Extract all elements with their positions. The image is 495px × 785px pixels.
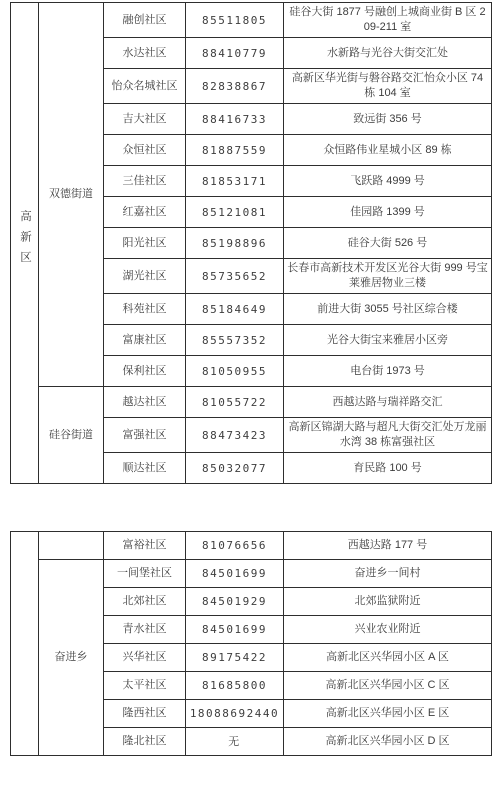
address-cell: 西越达路与瑞祥路交汇 bbox=[284, 387, 492, 418]
district-cell: 高新区 bbox=[11, 3, 39, 484]
phone-cell: 18088692440 bbox=[186, 700, 284, 728]
community-cell: 湖光社区 bbox=[104, 259, 186, 294]
address-cell: 高新北区兴华园小区 C 区 bbox=[284, 672, 492, 700]
address-cell: 硅谷大街 1877 号融创上城商业街 B 区 209-211 室 bbox=[284, 3, 492, 38]
phone-cell: 85557352 bbox=[186, 325, 284, 356]
phone-cell: 82838867 bbox=[186, 69, 284, 104]
phone-cell: 无 bbox=[186, 728, 284, 756]
phone-cell: 81887559 bbox=[186, 135, 284, 166]
phone-cell: 85198896 bbox=[186, 228, 284, 259]
community-contact-table-top: 高新区 双德街道 融创社区 85511805 硅谷大街 1877 号融创上城商业… bbox=[10, 2, 492, 484]
community-cell: 富强社区 bbox=[104, 418, 186, 453]
community-cell: 富裕社区 bbox=[104, 532, 186, 560]
phone-cell: 81050955 bbox=[186, 356, 284, 387]
phone-cell: 85511805 bbox=[186, 3, 284, 38]
phone-cell: 84501699 bbox=[186, 560, 284, 588]
community-cell: 顺达社区 bbox=[104, 453, 186, 484]
address-cell: 前进大街 3055 号社区综合楼 bbox=[284, 294, 492, 325]
street-cell: 奋进乡 bbox=[39, 560, 104, 756]
phone-cell: 84501929 bbox=[186, 588, 284, 616]
community-cell: 阳光社区 bbox=[104, 228, 186, 259]
community-cell: 怡众名城社区 bbox=[104, 69, 186, 104]
community-cell: 融创社区 bbox=[104, 3, 186, 38]
table-row: 硅谷街道 越达社区 81055722 西越达路与瑞祥路交汇 bbox=[11, 387, 492, 418]
phone-cell: 85121081 bbox=[186, 197, 284, 228]
phone-cell: 85032077 bbox=[186, 453, 284, 484]
address-cell: 长春市高新技术开发区光谷大街 999 号宝莱雅居物业三楼 bbox=[284, 259, 492, 294]
address-cell: 佳园路 1399 号 bbox=[284, 197, 492, 228]
phone-cell: 85184649 bbox=[186, 294, 284, 325]
phone-cell: 88410779 bbox=[186, 38, 284, 69]
street-cell: 双德街道 bbox=[39, 3, 104, 387]
community-cell: 水达社区 bbox=[104, 38, 186, 69]
address-cell: 高新北区兴华园小区 E 区 bbox=[284, 700, 492, 728]
street-cell-empty bbox=[39, 532, 104, 560]
page-break-gap bbox=[10, 484, 495, 531]
address-cell: 奋进乡一间村 bbox=[284, 560, 492, 588]
community-cell: 隆西社区 bbox=[104, 700, 186, 728]
community-cell: 众恒社区 bbox=[104, 135, 186, 166]
address-cell: 电台街 1973 号 bbox=[284, 356, 492, 387]
address-cell: 致远街 356 号 bbox=[284, 104, 492, 135]
community-cell: 隆北社区 bbox=[104, 728, 186, 756]
address-cell: 兴业农业附近 bbox=[284, 616, 492, 644]
phone-cell: 88473423 bbox=[186, 418, 284, 453]
address-cell: 飞跃路 4999 号 bbox=[284, 166, 492, 197]
page: 高新区 双德街道 融创社区 85511805 硅谷大街 1877 号融创上城商业… bbox=[0, 0, 495, 756]
address-cell: 众恒路伟业星城小区 89 栋 bbox=[284, 135, 492, 166]
community-cell: 吉大社区 bbox=[104, 104, 186, 135]
address-cell: 高新区华光街与磐谷路交汇怡众小区 74 栋 104 室 bbox=[284, 69, 492, 104]
address-cell: 西越达路 177 号 bbox=[284, 532, 492, 560]
street-cell: 硅谷街道 bbox=[39, 387, 104, 484]
community-cell: 富康社区 bbox=[104, 325, 186, 356]
community-cell: 青水社区 bbox=[104, 616, 186, 644]
address-cell: 育民路 100 号 bbox=[284, 453, 492, 484]
community-cell: 北郊社区 bbox=[104, 588, 186, 616]
community-cell: 一间堡社区 bbox=[104, 560, 186, 588]
community-cell: 科苑社区 bbox=[104, 294, 186, 325]
address-cell: 高新区锦湖大路与超凡大街交汇处万龙丽水湾 38 栋富强社区 bbox=[284, 418, 492, 453]
community-cell: 兴华社区 bbox=[104, 644, 186, 672]
phone-cell: 84501699 bbox=[186, 616, 284, 644]
phone-cell: 81055722 bbox=[186, 387, 284, 418]
community-cell: 红嘉社区 bbox=[104, 197, 186, 228]
phone-cell: 81685800 bbox=[186, 672, 284, 700]
address-cell: 水新路与光谷大街交汇处 bbox=[284, 38, 492, 69]
address-cell: 硅谷大街 526 号 bbox=[284, 228, 492, 259]
phone-cell: 89175422 bbox=[186, 644, 284, 672]
phone-cell: 81853171 bbox=[186, 166, 284, 197]
phone-cell: 85735652 bbox=[186, 259, 284, 294]
district-cell-empty bbox=[11, 532, 39, 756]
table-row: 高新区 双德街道 融创社区 85511805 硅谷大街 1877 号融创上城商业… bbox=[11, 3, 492, 38]
district-label: 高新区 bbox=[17, 210, 32, 272]
community-cell: 越达社区 bbox=[104, 387, 186, 418]
community-cell: 保利社区 bbox=[104, 356, 186, 387]
community-cell: 太平社区 bbox=[104, 672, 186, 700]
address-cell: 高新北区兴华园小区 D 区 bbox=[284, 728, 492, 756]
address-cell: 北郊监狱附近 bbox=[284, 588, 492, 616]
phone-cell: 88416733 bbox=[186, 104, 284, 135]
table-row: 富裕社区 81076656 西越达路 177 号 bbox=[11, 532, 492, 560]
address-cell: 光谷大街宝来雅居小区旁 bbox=[284, 325, 492, 356]
table-row: 奋进乡 一间堡社区 84501699 奋进乡一间村 bbox=[11, 560, 492, 588]
phone-cell: 81076656 bbox=[186, 532, 284, 560]
community-cell: 三佳社区 bbox=[104, 166, 186, 197]
address-cell: 高新北区兴华园小区 A 区 bbox=[284, 644, 492, 672]
community-contact-table-bottom: 富裕社区 81076656 西越达路 177 号 奋进乡 一间堡社区 84501… bbox=[10, 531, 492, 756]
